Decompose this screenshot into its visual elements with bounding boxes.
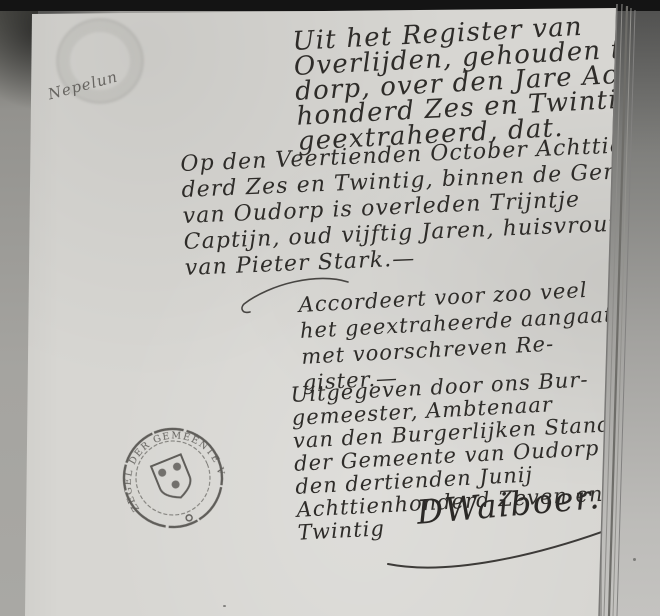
signature-flourish	[378, 498, 628, 578]
document-page: Nepelun Uit het Register van Overlijden,…	[0, 0, 660, 616]
paper-speck	[223, 605, 226, 607]
extract-heading: Uit het Register van Overlijden, gehoude…	[292, 8, 660, 155]
extract-body: Op den Veertienden October Achttienhon- …	[180, 131, 660, 282]
shield-charge	[157, 467, 167, 477]
municipal-stamp: ZEGEL DER GEMEENTE VAN OUDORP	[94, 399, 253, 558]
photo-background: Nepelun Uit het Register van Overlijden,…	[0, 0, 660, 616]
stamp-ring-text-holder: ZEGEL DER GEMEENTE VAN OUDORP	[94, 399, 228, 519]
stamp-shield	[151, 454, 196, 503]
shield-charge	[172, 461, 182, 471]
stamp-ring-text: ZEGEL DER GEMEENTE VAN OUDORP	[94, 399, 228, 519]
shield-charge	[170, 479, 180, 489]
background-speck	[633, 558, 636, 561]
stamp-rosette	[185, 514, 193, 522]
